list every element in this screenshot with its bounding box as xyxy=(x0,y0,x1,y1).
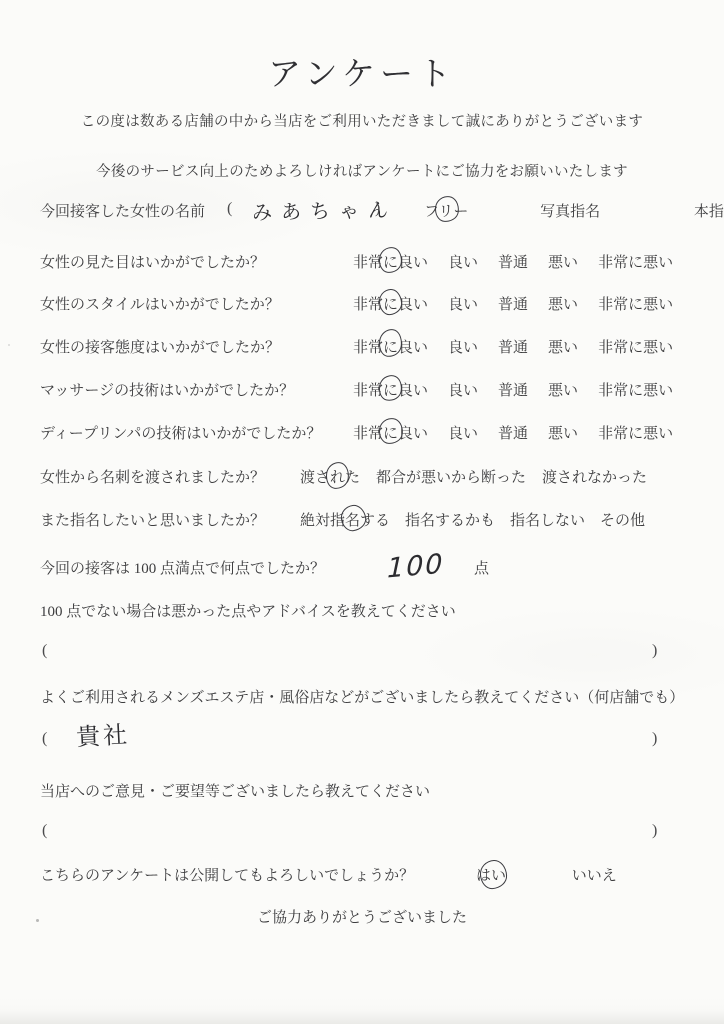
option-no: いいえ xyxy=(572,864,617,885)
question-text: マッサージの技術はいかがでしたか？ xyxy=(40,379,294,400)
option-very-bad: 非常に悪い xyxy=(598,251,673,272)
opinion-label-row: 当店へのご意見・ご要望等ございましたら教えてください xyxy=(0,780,724,806)
handwritten-shop-answer: 貴社 xyxy=(75,715,131,753)
shops-label-row: よくご利用されるメンズエステ店・風俗店などがございましたら教えてください（何店舗… xyxy=(0,686,724,712)
option-normal: 普通 xyxy=(498,336,528,357)
option-maybe-rebook: 指名するかも xyxy=(405,509,495,530)
option-label: はい xyxy=(476,868,506,884)
question-text: 今回の接客は 100 点満点で何点でしたか？ xyxy=(40,557,325,578)
option-bad: 悪い xyxy=(548,251,578,272)
option-very-bad: 非常に悪い xyxy=(598,293,673,314)
option-other: その他 xyxy=(600,509,645,530)
option-very-good: 非常に良い xyxy=(353,379,428,400)
option-label: 非常に良い xyxy=(353,255,428,271)
option-card-not-received: 渡されなかった xyxy=(542,466,647,487)
scan-speck xyxy=(36,919,39,922)
rating-options: 非常に良い 良い 普通 悪い 非常に悪い xyxy=(353,379,673,400)
option-good: 良い xyxy=(448,379,478,400)
option-very-bad: 非常に悪い xyxy=(598,422,673,443)
rating-options: 非常に良い 良い 普通 悪い 非常に悪い xyxy=(353,251,673,272)
option-very-good: 非常に良い xyxy=(353,336,428,357)
option-definitely-rebook: 絶対指名する xyxy=(300,509,390,530)
rating-options: 非常に良い 良い 普通 悪い 非常に悪い xyxy=(353,336,673,357)
rebook-row: また指名したいと思いましたか？ 絶対指名する 指名するかも 指名しない その他 xyxy=(0,509,724,535)
advice-answer-row: ( ) xyxy=(0,642,724,668)
option-label: 非常に良い xyxy=(353,340,428,356)
page-title: アンケート xyxy=(0,48,724,95)
option-yes: はい xyxy=(476,864,506,885)
close-paren: ) xyxy=(652,642,657,660)
option-label: 非常に良い xyxy=(353,383,428,399)
rating-row-massage: マッサージの技術はいかがでしたか？ 非常に良い 良い 普通 悪い 非常に悪い xyxy=(0,379,724,405)
score-unit-label: 点 xyxy=(474,557,489,578)
publish-consent-row: こちらのアンケートは公開してもよろしいでしょうか？ はい いいえ xyxy=(0,864,724,890)
opinion-answer-row: ( ) xyxy=(0,822,724,848)
scanned-survey-page: アンケート この度は数ある店舗の中から当店をご利用いただきまして誠にありがとうご… xyxy=(0,0,724,1024)
shops-label: よくご利用されるメンズエステ店・風俗店などがございましたら教えてください（何店舗… xyxy=(40,686,684,707)
close-paren: ) xyxy=(652,730,657,748)
closing-line: ご協力ありがとうございました xyxy=(0,906,724,927)
option-label: 非常に良い xyxy=(353,426,428,442)
option-bad: 悪い xyxy=(548,336,578,357)
rating-row-style: 女性のスタイルはいかがでしたか？ 非常に良い 良い 普通 悪い 非常に悪い xyxy=(0,293,724,319)
option-good: 良い xyxy=(448,336,478,357)
rating-row-deep-lymph: ディープリンパの技術はいかがでしたか？ 非常に良い 良い 普通 悪い 非常に悪い xyxy=(0,422,724,448)
option-bad: 悪い xyxy=(548,293,578,314)
option-good: 良い xyxy=(448,422,478,443)
shops-answer-row: ( 貴社 ) xyxy=(0,730,724,756)
question-text: こちらのアンケートは公開してもよろしいでしょうか？ xyxy=(40,864,414,885)
scan-speck xyxy=(8,344,10,346)
rating-row-service: 女性の接客態度はいかがでしたか？ 非常に良い 良い 普通 悪い 非常に悪い xyxy=(0,336,724,362)
option-bad: 悪い xyxy=(548,379,578,400)
option-bad: 悪い xyxy=(548,422,578,443)
option-good: 良い xyxy=(448,293,478,314)
question-text: 女性の接客態度はいかがでしたか？ xyxy=(40,336,280,357)
question-text: また指名したいと思いましたか？ xyxy=(40,509,265,530)
open-paren: ( xyxy=(227,200,232,218)
option-normal: 普通 xyxy=(498,251,528,272)
handwritten-score: 100 xyxy=(387,548,445,584)
score-row: 今回の接客は 100 点満点で何点でしたか？ 100 点 xyxy=(0,557,724,583)
question-text: 女性の見た目はいかがでしたか？ xyxy=(40,251,265,272)
option-card-declined: 都合が悪いから断った xyxy=(376,466,526,487)
option-label: 絶対指名する xyxy=(300,513,390,529)
option-very-bad: 非常に悪い xyxy=(598,379,673,400)
attendant-name-row: 今回接客した女性の名前 ( みあちゃん ) フリー 写真指名 本指名 xyxy=(0,200,724,226)
close-paren: ) xyxy=(652,822,657,840)
rating-options: 非常に良い 良い 普通 悪い 非常に悪い xyxy=(353,422,673,443)
business-card-options: 渡された 都合が悪いから断った 渡されなかった xyxy=(300,466,647,487)
opinion-label: 当店へのご意見・ご要望等ございましたら教えてください xyxy=(40,780,430,801)
option-very-good: 非常に良い xyxy=(353,422,428,443)
option-normal: 普通 xyxy=(498,422,528,443)
question-text: 女性から名刺を渡されましたか？ xyxy=(40,466,265,487)
open-paren: ( xyxy=(42,730,47,748)
option-label: 非常に良い xyxy=(353,297,428,313)
open-paren: ( xyxy=(42,642,47,660)
rating-row-appearance: 女性の見た目はいかがでしたか？ 非常に良い 良い 普通 悪い 非常に悪い xyxy=(0,251,724,277)
option-good: 良い xyxy=(448,251,478,272)
option-normal: 普通 xyxy=(498,293,528,314)
attendant-name-label: 今回接客した女性の名前 xyxy=(40,200,205,221)
advice-label-row: 100 点でない場合は悪かった点やアドバイスを教えてください xyxy=(0,600,724,626)
rebook-options: 絶対指名する 指名するかも 指名しない その他 xyxy=(300,509,645,530)
intro-line-2: 今後のサービス向上のためよろしければアンケートにご協力をお願いいたします xyxy=(0,160,724,181)
advice-label: 100 点でない場合は悪かった点やアドバイスを教えてください xyxy=(40,600,456,621)
option-label: 渡された xyxy=(300,470,360,486)
rating-options: 非常に良い 良い 普通 悪い 非常に悪い xyxy=(353,293,673,314)
option-very-good: 非常に良い xyxy=(353,251,428,272)
business-card-row: 女性から名刺を渡されましたか？ 渡された 都合が悪いから断った 渡されなかった xyxy=(0,466,724,492)
option-photo-shimei: 写真指名 xyxy=(540,200,600,221)
option-very-good: 非常に良い xyxy=(353,293,428,314)
open-paren: ( xyxy=(42,822,47,840)
option-normal: 普通 xyxy=(498,379,528,400)
option-hon-shimei: 本指名 xyxy=(694,200,724,221)
intro-line-1: この度は数ある店舗の中から当店をご利用いただきまして誠にありがとうございます xyxy=(0,110,724,131)
question-text: 女性のスタイルはいかがでしたか？ xyxy=(40,293,280,314)
option-card-received: 渡された xyxy=(300,466,360,487)
option-free-label: フリー xyxy=(424,204,468,220)
question-text: ディープリンパの技術はいかがでしたか？ xyxy=(40,422,321,443)
close-paren: ) xyxy=(375,200,380,218)
option-very-bad: 非常に悪い xyxy=(598,336,673,357)
option-no-rebook: 指名しない xyxy=(510,509,585,530)
option-free: フリー xyxy=(424,200,468,221)
